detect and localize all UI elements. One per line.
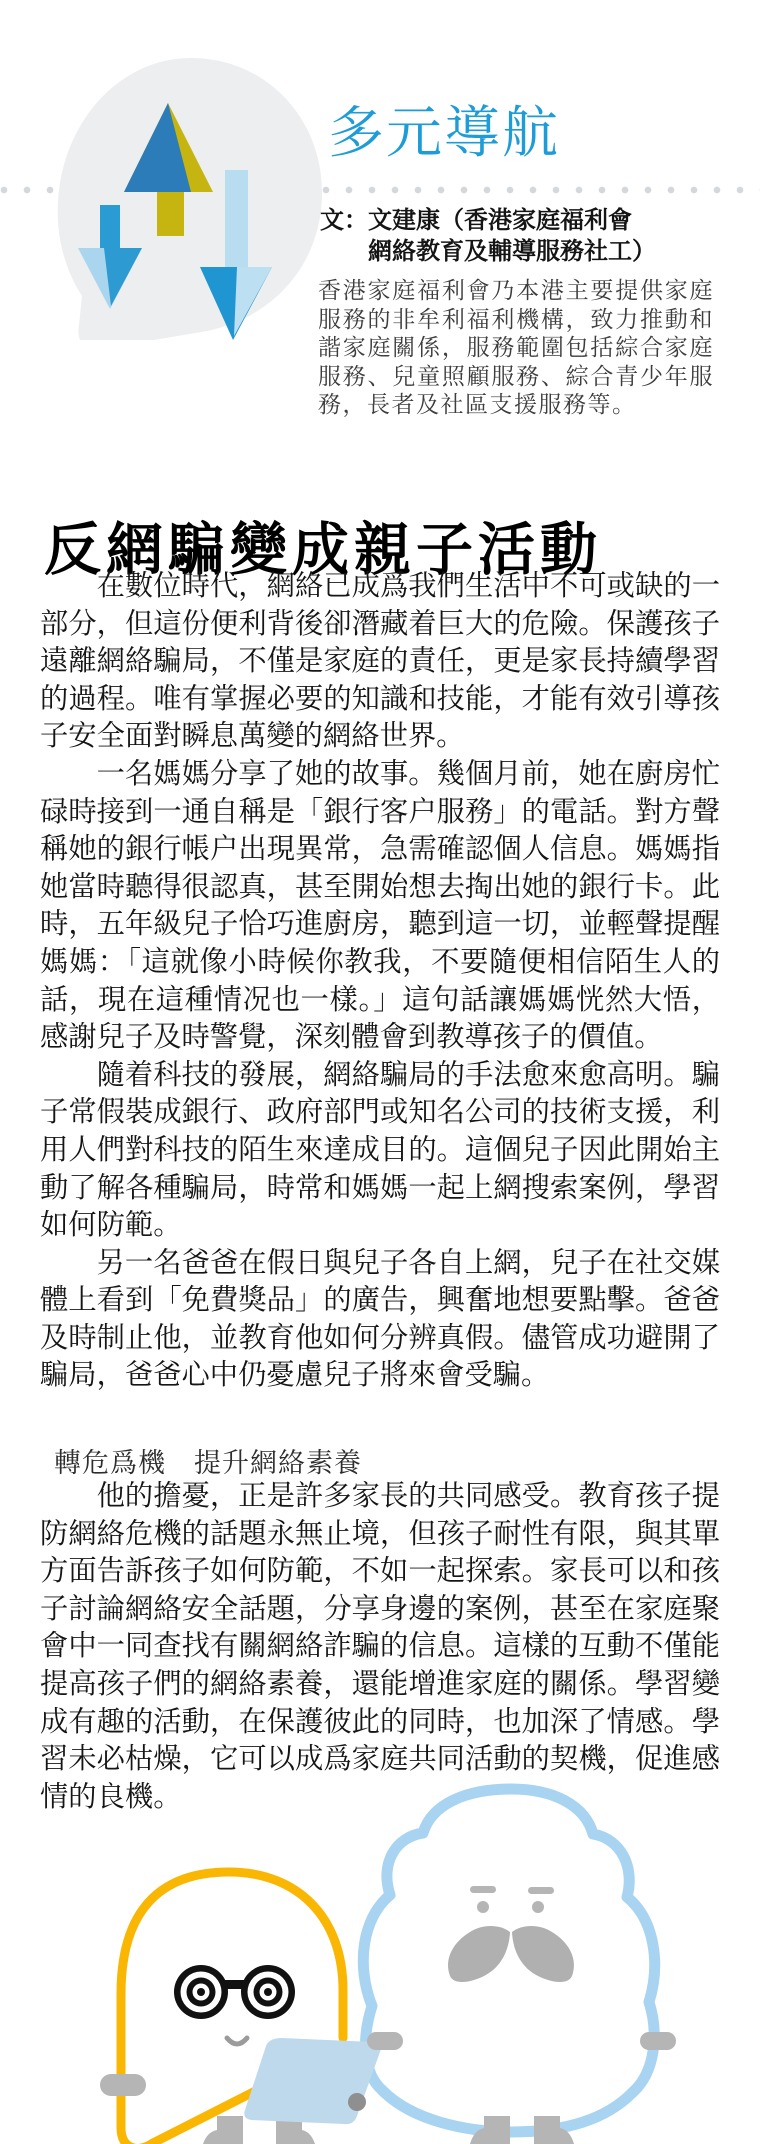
parent-left-hand [367,2032,403,2050]
paragraph: 隨着科技的發展，網絡騙局的手法愈來愈高明。騙子常假裝成銀行、政府部門或知名公司的… [40,1057,720,1245]
up-arrow-stem-gold [157,192,184,236]
speech-bubble-shape [58,58,322,340]
article-body-closing: 他的擔憂，正是許多家長的共同感受。教育孩子提防網絡危機的話題永無止境，但孩子耐性… [40,1478,720,1816]
parent-right-hand [640,2032,676,2050]
paragraph: 一名媽媽分享了她的故事。幾個月前，她在廚房忙碌時接到一通自稱是「銀行客户服務」的… [40,756,720,1057]
byline-line2: 網絡教育及輔導服務社工） [320,237,656,268]
child-arm [100,2074,146,2096]
child-right-foot [302,2130,315,2144]
small-down-arrow-stem [100,205,120,250]
hypno-glasses-icon [174,1965,295,2019]
large-down-arrow-stem [225,170,248,269]
tablet [244,2038,380,2124]
parent-cloud-character [363,1789,654,2144]
article-body: 在數位時代，網絡已成爲我們生活中不可或缺的一部分，但這份便利背後卻潛藏着巨大的危… [40,568,720,1395]
left-eye [477,1901,489,1913]
right-eye [532,1901,544,1913]
paragraph: 在數位時代，網絡已成爲我們生活中不可或缺的一部分，但這份便利背後卻潛藏着巨大的危… [40,568,720,756]
section-subheading: 轉危爲機 提升網絡素養 [54,1441,362,1480]
child-left-leg [217,2116,243,2144]
tablet-knob [348,2093,366,2111]
up-down-arrows-speech-bubble-logo-icon [45,55,325,340]
parent-right-leg [534,2116,560,2144]
organisation-intro: 香港家庭福利會乃本港主要提供家庭服務的非牟利福利機構，致力推動和諧家庭關係，服務… [318,276,714,419]
left-eyebrow [470,1886,496,1893]
child-and-cloud-parent-illustration [80,1780,700,2144]
cloud-head-outline [363,1789,654,2132]
paragraph: 另一名爸爸在假日與兒子各自上網，兒子在社交媒體上看到「免費獎品」的廣告，興奮地想… [40,1245,720,1395]
parent-left-leg [484,2116,510,2144]
child-left-foot [203,2130,217,2144]
paragraph: 他的擔憂，正是許多家長的共同感受。教育孩子提防網絡危機的話題永無止境，但孩子耐性… [40,1478,720,1816]
child-character [100,1872,381,2144]
column-title: 多元導航 [328,103,560,163]
article-page: 多元導航 文：文建康（香港家庭福利會 網絡教育及輔導服務社工） 香港家庭福利會乃… [0,0,760,2144]
byline-line1: 文：文建康（香港家庭福利會 [320,206,656,237]
right-eyebrow [528,1887,554,1894]
child-smile [227,2038,247,2044]
byline: 文：文建康（香港家庭福利會 網絡教育及輔導服務社工） [320,206,656,268]
